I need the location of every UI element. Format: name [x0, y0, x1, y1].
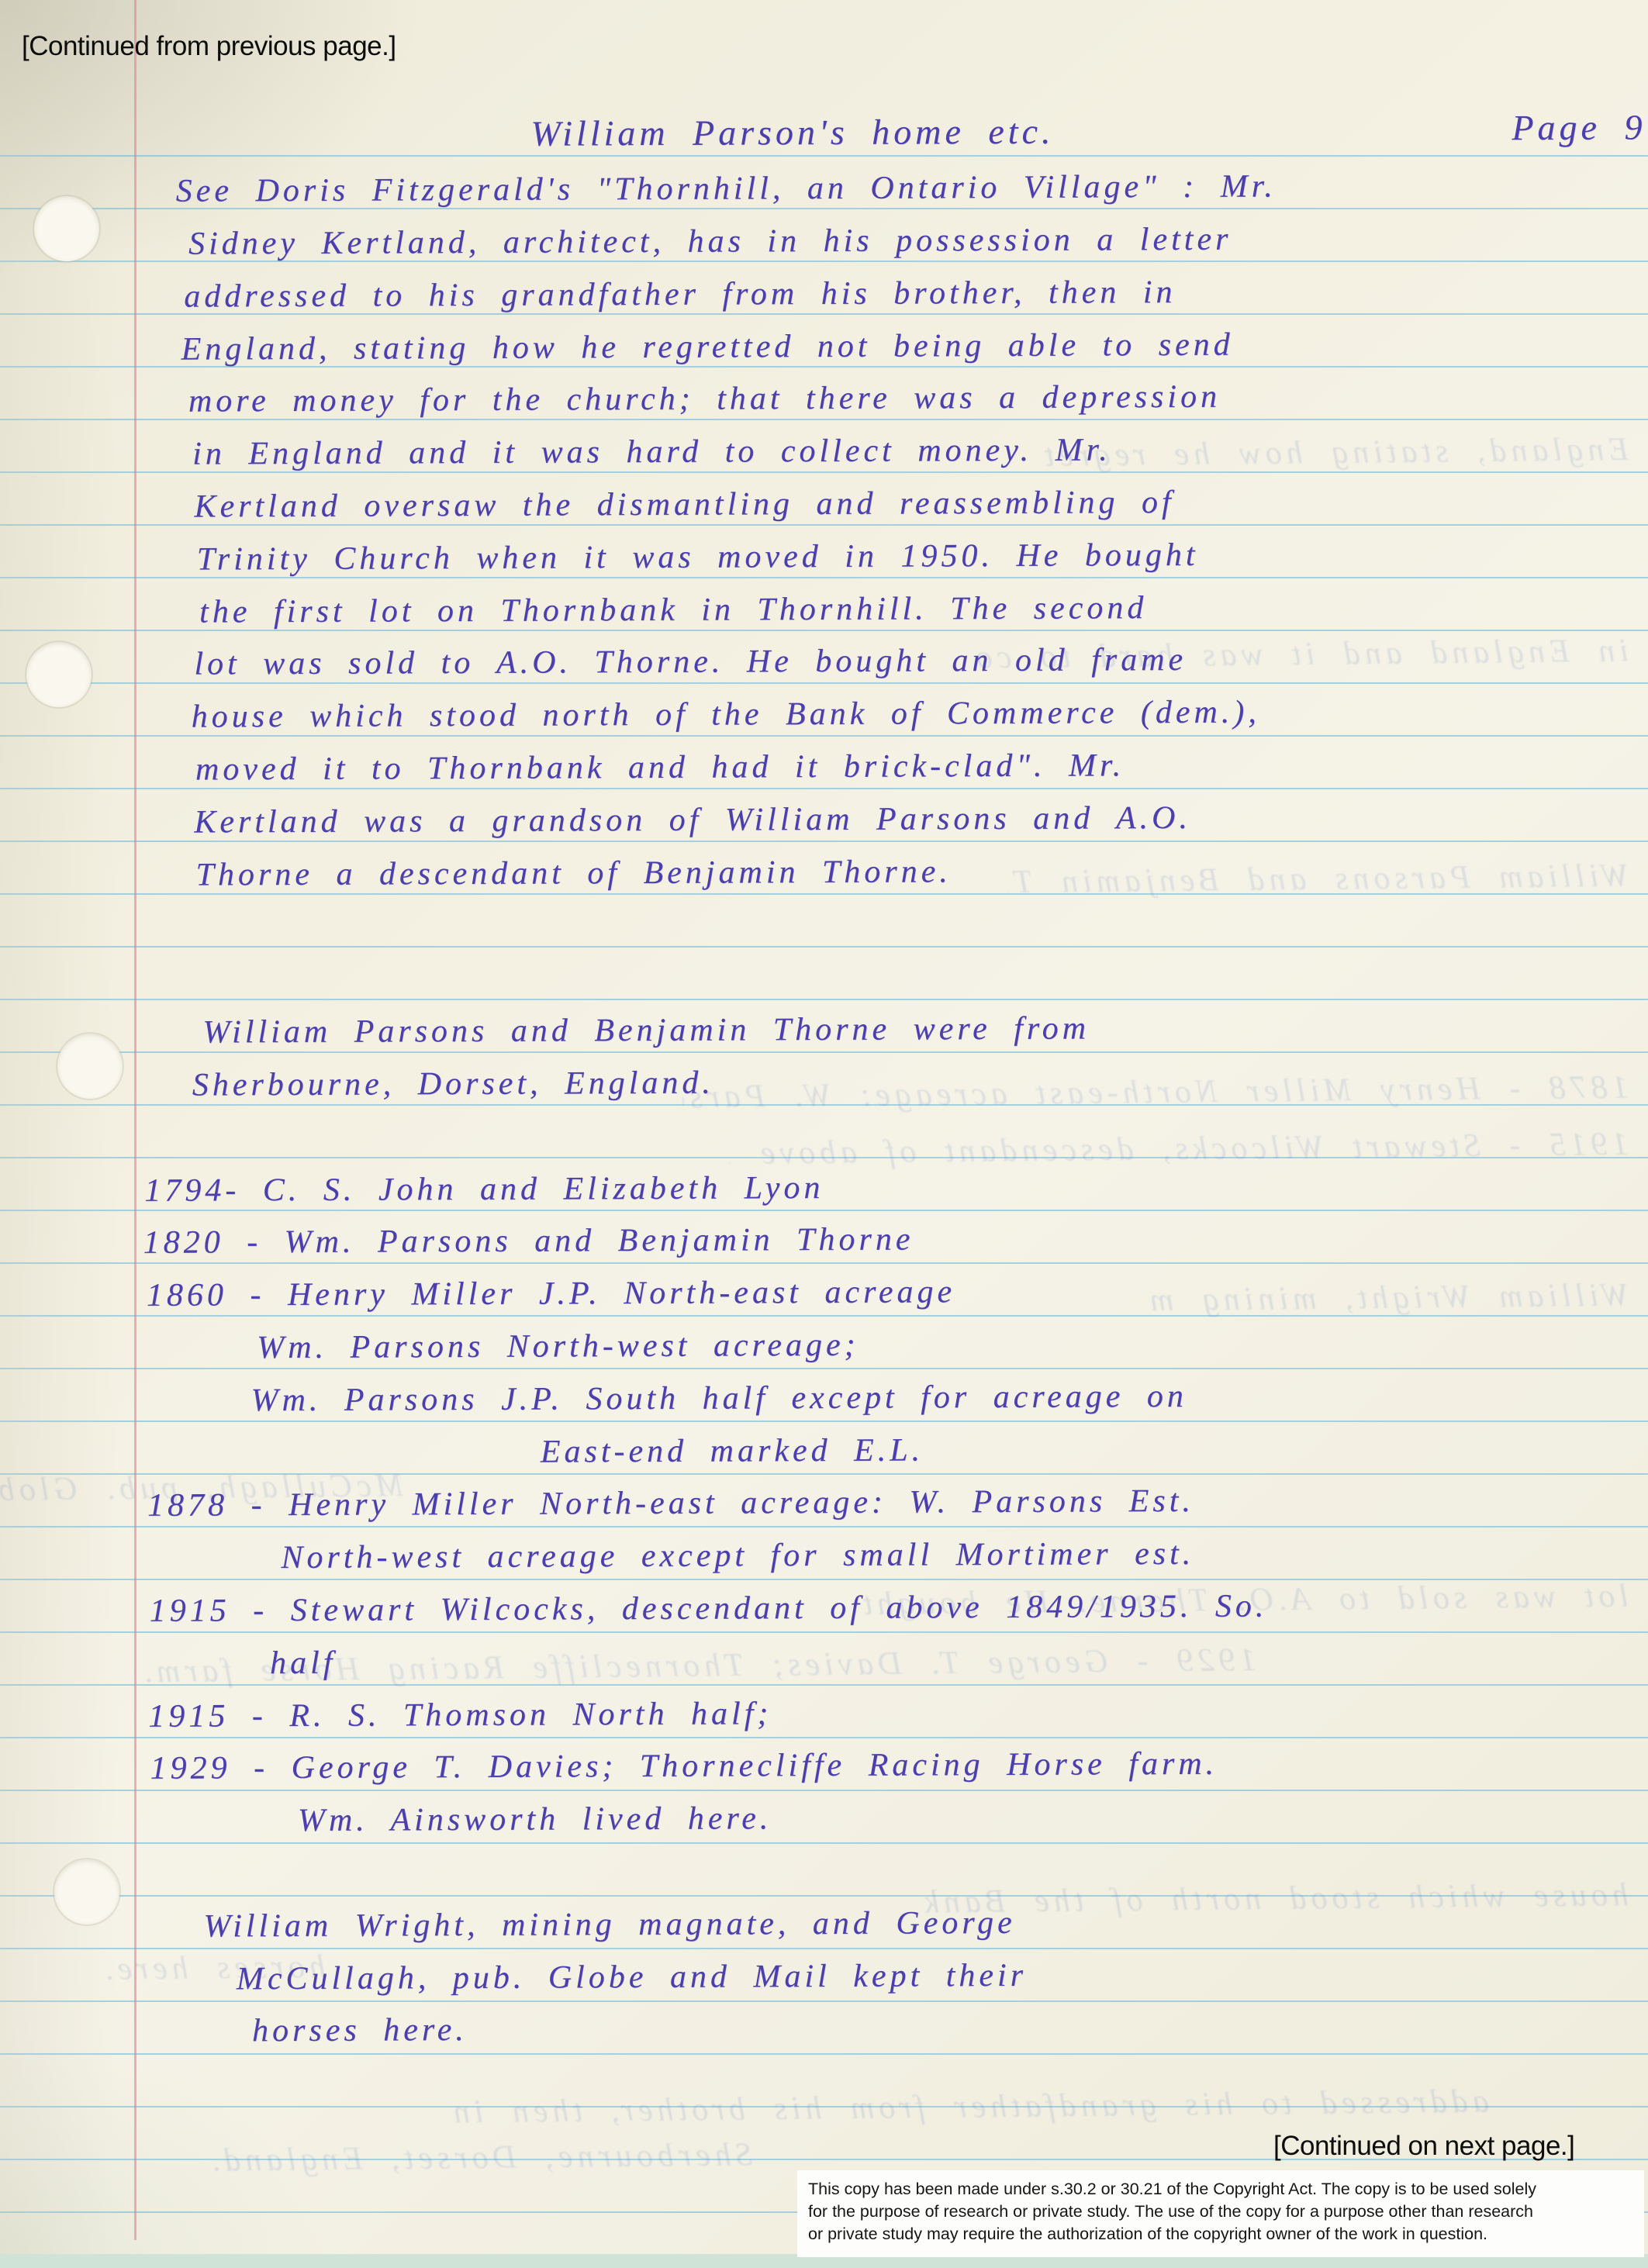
handwritten-line: in England and it was hard to collect mo… [192, 427, 1111, 476]
handwritten-line: moved it to Thornbank and had it brick-c… [195, 743, 1125, 792]
timeline-line: 1794- C. S. John and Elizabeth Lyon [144, 1165, 824, 1213]
timeline-line: Wm. Parsons North-west acreage; [257, 1323, 859, 1370]
timeline-line: 1915 - Stewart Wilcocks, descendant of a… [150, 1584, 1268, 1634]
handwritten-line: See Doris Fitzgerald's "Thornhill, an On… [176, 164, 1277, 213]
continued-on-label: [Continued on next page.] [1273, 2131, 1574, 2162]
handwritten-line: England, stating how he regretted not be… [181, 323, 1233, 372]
continued-from-label: [Continued from previous page.] [22, 31, 396, 62]
handwriting-layer: William Parson's home etc. Page 9 See Do… [0, 0, 1648, 2258]
timeline-line: North-west acreage except for small Mort… [281, 1531, 1194, 1580]
handwritten-line: William Parsons and Benjamin Thorne were… [202, 1006, 1090, 1055]
handwritten-line: Kertland was a grandson of William Parso… [194, 796, 1191, 845]
copyright-notice: This copy has been made under s.30.2 or … [797, 2170, 1644, 2257]
timeline-line: 1915 - R. S. Thomson North half; [148, 1691, 772, 1739]
timeline-line: 1929 - George T. Davies; Thornecliffe Ra… [150, 1742, 1218, 1791]
timeline-line: Wm. Parsons J.P. South half except for a… [250, 1374, 1187, 1423]
paper-sheet: England, stating how he regretted not be… [0, 0, 1648, 2254]
timeline-line: Wm. Ainsworth lived here. [298, 1796, 772, 1843]
notice-line: This copy has been made under s.30.2 or … [808, 2178, 1635, 2201]
timeline-line: 1878 - Henry Miller North-east acreage: … [147, 1479, 1194, 1528]
handwritten-line: more money for the church; that there wa… [188, 375, 1221, 424]
handwritten-line: William Wright, mining magnate, and Geor… [203, 1900, 1015, 1949]
timeline-line: half [270, 1641, 337, 1686]
handwritten-line: Sherbourne, Dorset, England. [192, 1061, 714, 1108]
handwritten-line: addressed to his grandfather from his br… [184, 270, 1176, 319]
scanned-notebook-page: { "labels": { "continued_from": "[Contin… [0, 0, 1648, 2268]
handwritten-line: Kertland oversaw the dismantling and rea… [194, 480, 1174, 530]
handwritten-line: McCullagh, pub. Globe and Mail kept thei… [237, 1953, 1027, 2001]
page-number: Page 9 [1512, 105, 1646, 150]
handwritten-line: lot was sold to A.O. Thorne. He bought a… [194, 637, 1187, 687]
timeline-line: 1860 - Henry Miller J.P. North-east acre… [147, 1269, 955, 1318]
timeline-line: East-end marked E.L. [541, 1427, 924, 1474]
handwritten-line: Thorne a descendant of Benjamin Thorne. [195, 849, 952, 897]
handwritten-line: horses here. [252, 2007, 468, 2053]
handwritten-line: the first lot on Thornbank in Thornhill.… [199, 585, 1147, 634]
timeline-line: 1820 - Wm. Parsons and Benjamin Thorne [143, 1217, 914, 1265]
notice-line: for the purpose of research or private s… [808, 2201, 1635, 2223]
notice-line: or private study may require the authori… [808, 2223, 1635, 2246]
handwritten-line: Sidney Kertland, architect, has in his p… [188, 217, 1232, 267]
handwritten-line: house which stood north of the Bank of C… [192, 690, 1260, 740]
page-title: William Parson's home etc. [530, 109, 1054, 157]
handwritten-line: Trinity Church when it was moved in 1950… [197, 533, 1199, 582]
